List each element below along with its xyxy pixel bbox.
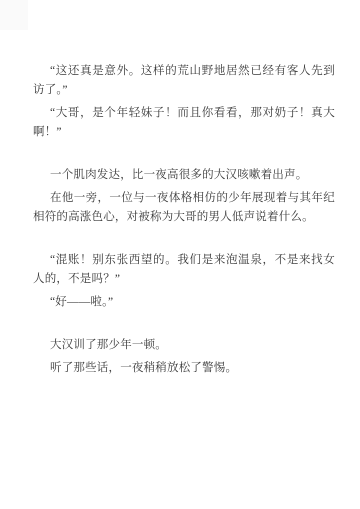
scene-block: “这还真是意外。这样的荒山野地居然已经有客人先到访了。” “大哥，是个年轻妹子！…	[33, 62, 335, 142]
ebook-page: “这还真是意外。这样的荒山野地居然已经有客人先到访了。” “大哥，是个年轻妹子！…	[33, 62, 335, 382]
paragraph: “大哥，是个年轻妹子！而且你看看，那对奶子！真大啊！”	[33, 104, 335, 142]
paragraph: 一个肌肉发达，比一夜高很多的大汉咳嗽着出声。	[33, 166, 335, 185]
paragraph: 大汉训了那少年一顿。	[33, 336, 335, 355]
paragraph: 在他一旁，一位与一夜体格相仿的少年展现着与其年纪相符的高涨色心，对被称为大哥的男…	[33, 189, 335, 227]
scene-break	[33, 316, 335, 336]
scene-break	[33, 231, 335, 251]
scene-block: “混账！别东张西望的。我们是来泡温泉，不是来找女人的，不是吗？” “好——啦。”	[33, 251, 335, 312]
paragraph: 听了那些话，一夜稍稍放松了警惕。	[33, 359, 335, 378]
paragraph: “好——啦。”	[33, 293, 335, 312]
scene-block: 一个肌肉发达，比一夜高很多的大汉咳嗽着出声。 在他一旁，一位与一夜体格相仿的少年…	[33, 166, 335, 227]
scene-break	[33, 146, 335, 166]
paragraph: “这还真是意外。这样的荒山野地居然已经有客人先到访了。”	[33, 62, 335, 100]
paragraph: “混账！别东张西望的。我们是来泡温泉，不是来找女人的，不是吗？”	[33, 251, 335, 289]
corner-render-artifact	[0, 0, 28, 30]
scene-block: 大汉训了那少年一顿。 听了那些话，一夜稍稍放松了警惕。	[33, 336, 335, 378]
